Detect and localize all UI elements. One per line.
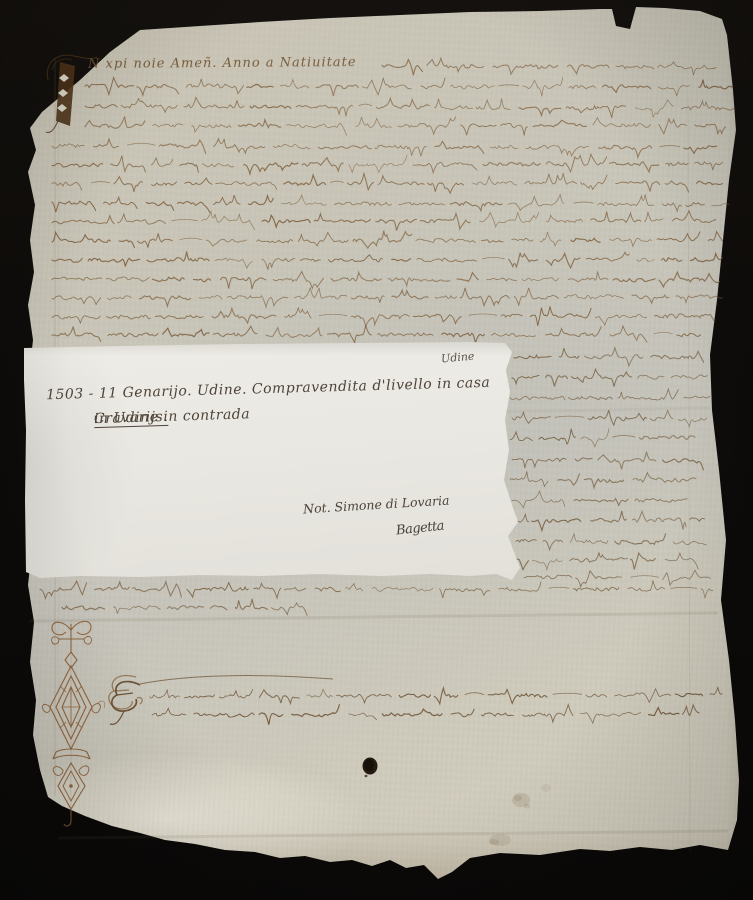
slip-corner-note: Udine (440, 350, 474, 366)
slip-location-text: in Udine in contrada (94, 406, 251, 427)
photo-background: N xpi noie Ameñ. Anno a Natiuitate Udine… (0, 0, 753, 900)
slip-date-line: 1503 - 11 Genarijo. Udine. Compravendita… (46, 375, 491, 403)
notary-paraph: Bagetta (395, 519, 444, 539)
archivist-slip: Udine 1503 - 11 Genarijo. Udine. Comprav… (24, 342, 524, 584)
manuscript-opening-words: N xpi noie Ameñ. Anno a Natiuitate (88, 55, 357, 72)
slip-location-line: in Udine in contrada Cravarijs. (94, 409, 169, 427)
notary-signature: Not. Simone di Lovaria (303, 493, 450, 517)
